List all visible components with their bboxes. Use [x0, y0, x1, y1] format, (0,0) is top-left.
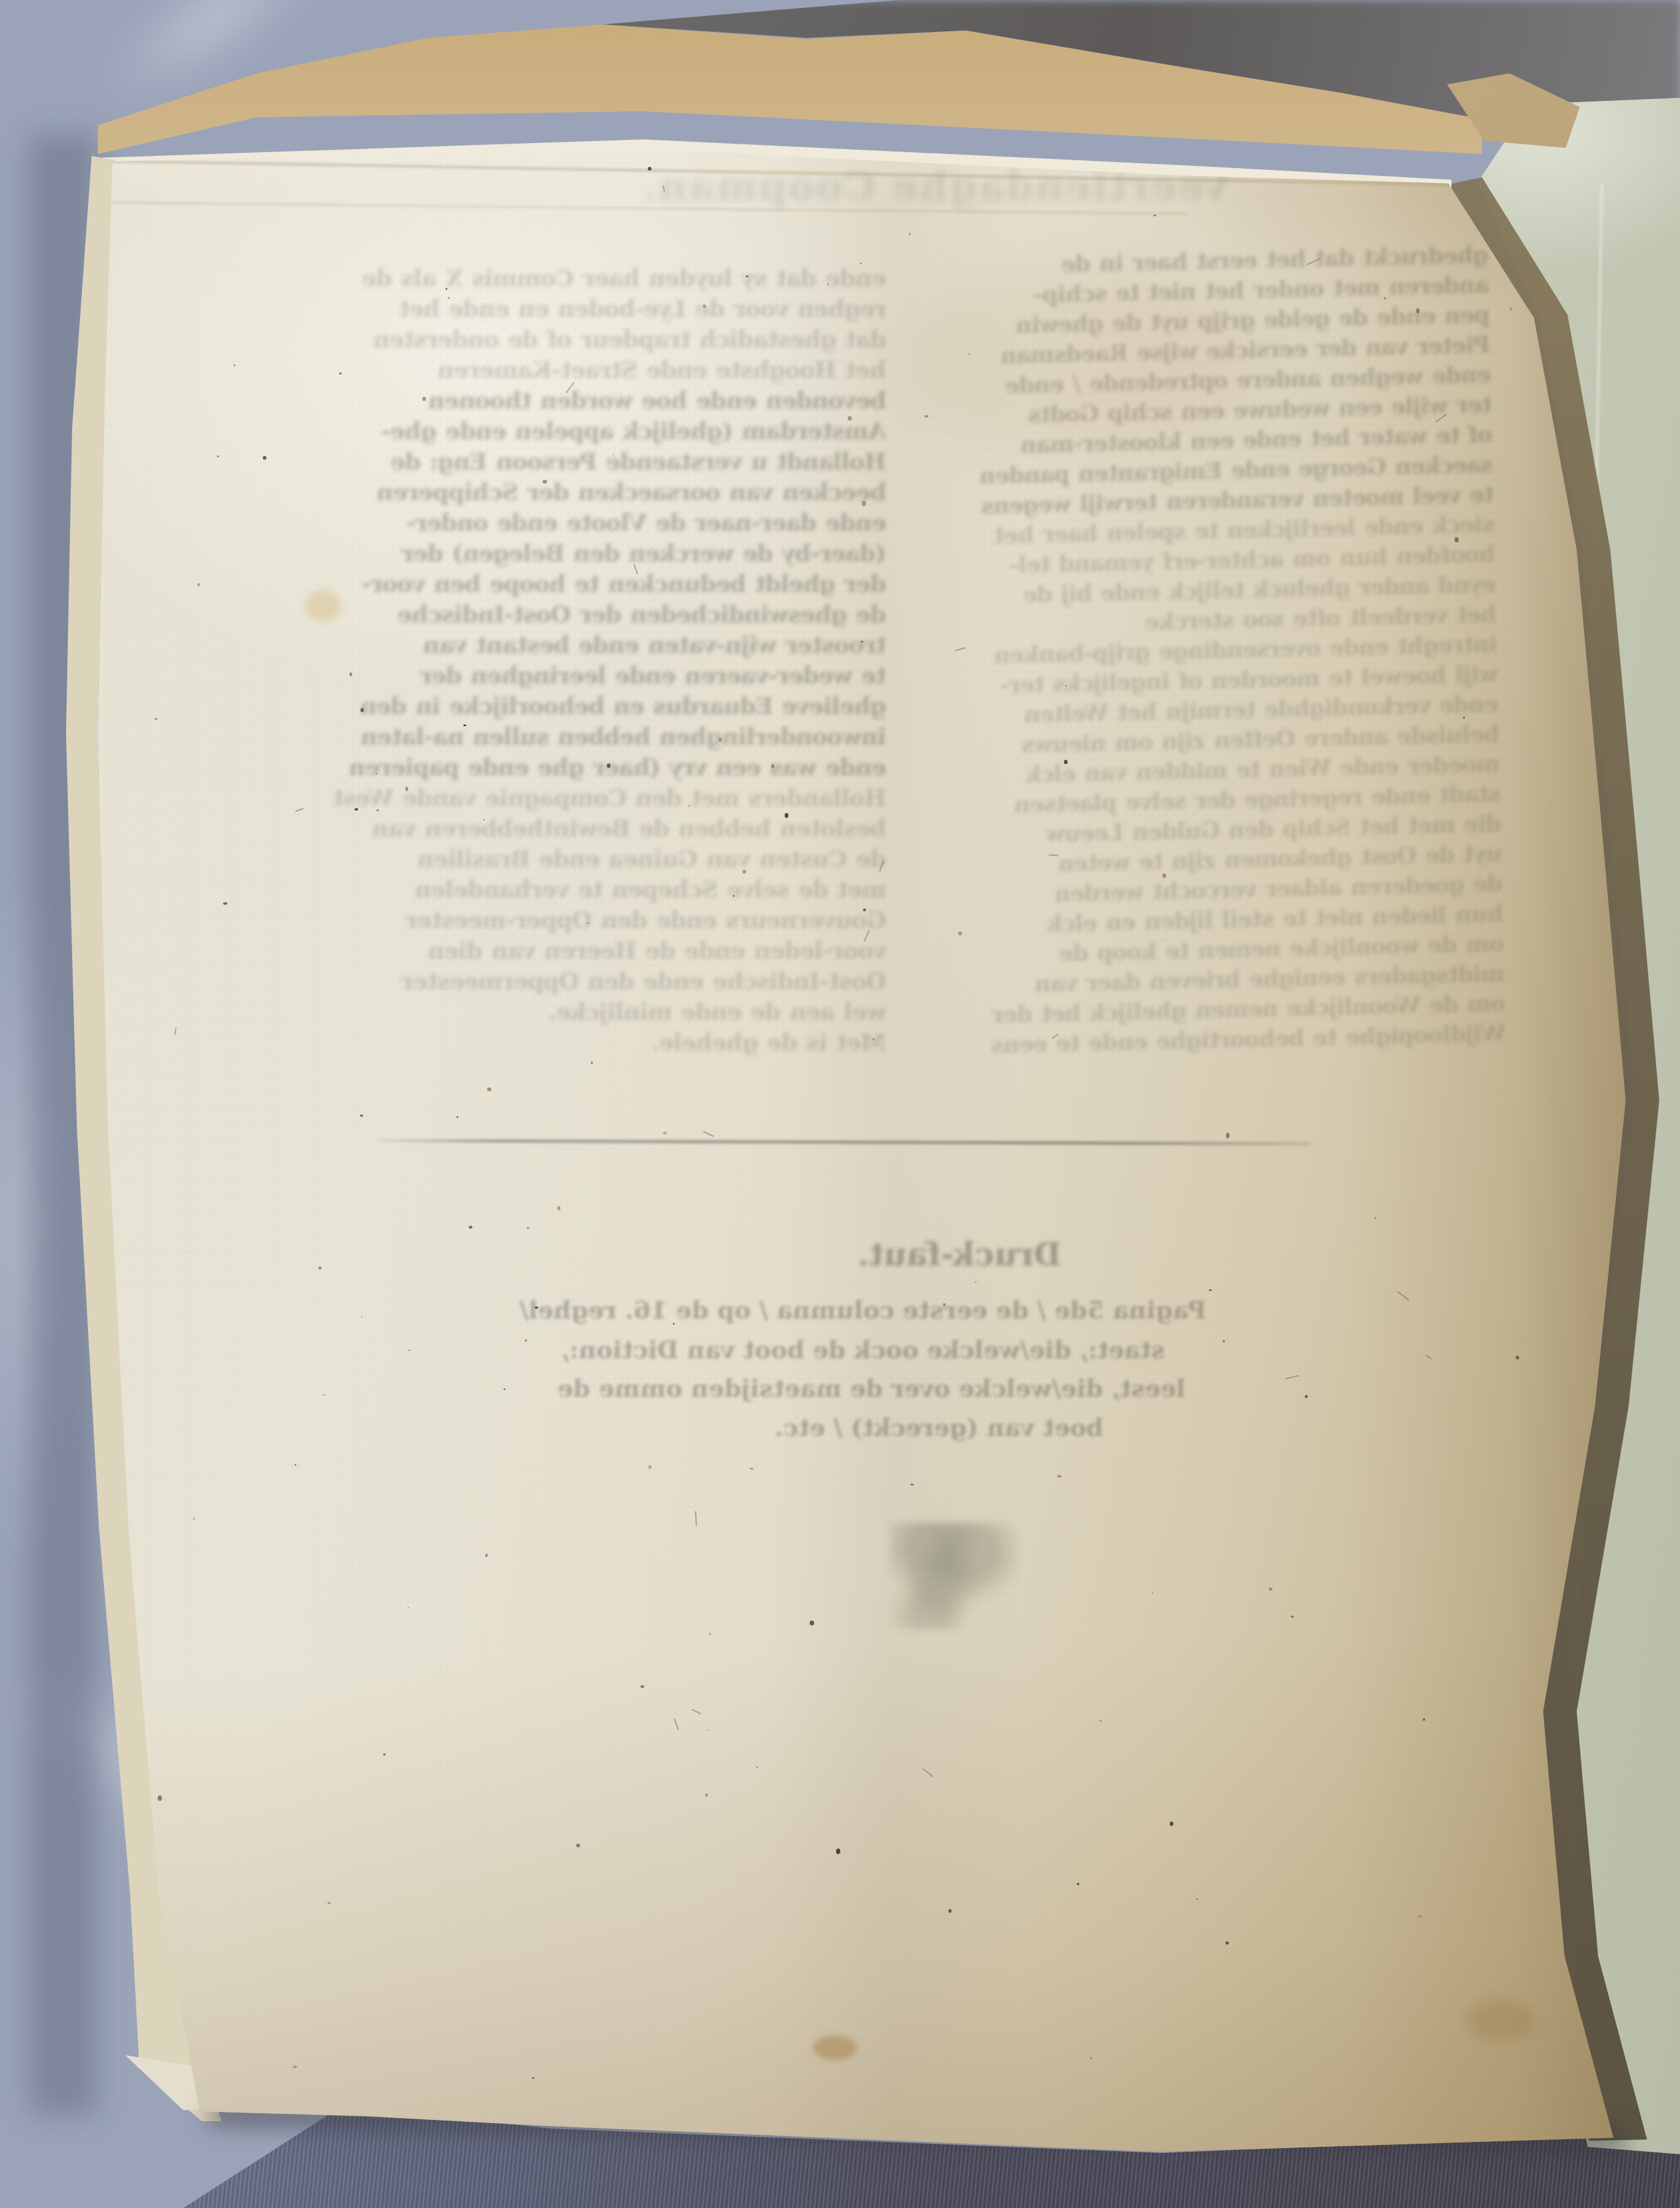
paper-fibre: [1397, 1291, 1410, 1301]
bleedthrough-line: Amsterdam (ghelijck appelen ende ghe-: [309, 416, 886, 446]
paper-speck: [640, 1685, 644, 1688]
paper-speck: [975, 1281, 977, 1282]
paper-speck: [1196, 1898, 1198, 1901]
paper-speck: [469, 1226, 472, 1229]
paper-speck: [862, 501, 866, 506]
bleedthrough-line: Gouverneurs ende den Opper-meester: [309, 905, 886, 935]
bleedthrough-line: staet:, die/welcke oock de boot van Dict…: [521, 1336, 1205, 1364]
paper-fibre: [295, 808, 304, 811]
paper-speck: [1225, 1941, 1229, 1945]
paper-speck: [591, 1062, 593, 1064]
paper-speck: [1077, 1883, 1079, 1885]
paper-speck: [648, 167, 651, 171]
paper-stain: [813, 2036, 857, 2060]
bleedthrough-divider-rule: [379, 1139, 1311, 1145]
paper-speck: [158, 1795, 162, 1801]
paper-speck: [1516, 1356, 1519, 1360]
bleedthrough-line: het Hooghste ende Straet-Kameren: [309, 355, 886, 385]
photo-scene: Veertiendaghe Coopman. ende dat sy luyde…: [0, 0, 1680, 2208]
bleedthrough-line: te weder-vaeren ende leeringhen der: [309, 660, 886, 691]
bleedthrough-line: ghelieve Eduardus en behoorlijcke in den: [309, 691, 886, 721]
paper-speck: [1463, 716, 1465, 719]
paper-fibre: [691, 1709, 701, 1714]
bleedthrough-line: Met is de ghehele.: [309, 1027, 886, 1058]
paper-speck: [1057, 1475, 1062, 1478]
paper-speck: [361, 708, 364, 712]
paper-speck: [607, 764, 611, 768]
bleedthrough-line: dat ghestadich trapdeur of de ondersten: [309, 324, 886, 355]
bleedthrough-line: de Custen van Guinea ende Brasilien: [309, 844, 886, 874]
paper-speck: [1418, 1915, 1421, 1918]
paper-speck: [361, 1316, 363, 1317]
paper-speck: [576, 1844, 580, 1847]
paper-speck: [318, 1267, 321, 1270]
paper-speck: [836, 1849, 840, 1854]
paper-speck: [263, 456, 266, 460]
paper-speck: [587, 922, 589, 924]
bleedthrough-line: de gheswindicheden der Oost-Indische: [309, 599, 886, 630]
paper-fibre: [923, 1768, 933, 1777]
bleedthrough-line: besloten hebben de Bewinthebberen van: [309, 813, 886, 844]
paper-fibre: [703, 1131, 714, 1137]
paper-speck: [1099, 1720, 1102, 1722]
bleedthrough-ornament-smudge: [889, 1522, 1021, 1629]
paper-speck: [648, 1465, 651, 1469]
paper-speck: [233, 364, 235, 366]
paper-speck: [1064, 760, 1068, 765]
paper-speck: [339, 372, 341, 375]
bleedthrough-line: Hollandt u verstaende Persoon Eng: de: [309, 446, 886, 477]
bleedthrough-line: boet van (gereckt) / etc.: [696, 1413, 1182, 1442]
paper-speck: [663, 1132, 667, 1135]
paper-speck: [750, 1468, 753, 1470]
paper-speck: [860, 263, 862, 264]
paper-speck: [532, 2077, 534, 2079]
paper-fibre: [1285, 1375, 1299, 1379]
paper-speck: [1226, 1133, 1230, 1138]
paper-speck: [504, 1388, 505, 1390]
bleedthrough-line: (daer-by de wercken den Belegen) der: [309, 538, 886, 569]
paper-speck: [408, 1607, 409, 1609]
bleedthrough-line: met de selve Schepen te verhandelen: [309, 874, 886, 905]
paper-speck: [350, 672, 352, 676]
paper-fibre: [174, 1028, 177, 1035]
paper-speck: [710, 1633, 711, 1634]
paper-speck: [810, 1621, 814, 1625]
bleedthrough-line: inwoonderlinghen hebben sullen na-laten: [309, 721, 886, 752]
paper-speck: [383, 1753, 386, 1756]
paper-speck: [1090, 2057, 1092, 2059]
paper-speck: [323, 1394, 325, 1396]
paper-speck: [705, 1794, 708, 1797]
paper-speck: [743, 870, 746, 874]
paper-speck: [1384, 297, 1385, 300]
paper-speck: [1209, 1289, 1212, 1291]
paper-speck: [872, 1038, 875, 1040]
paper-speck: [1170, 1822, 1173, 1826]
paper-speck: [1423, 1718, 1425, 1721]
paper-speck: [757, 1767, 758, 1768]
bleedthrough-errata-heading: Druck-faut.: [856, 1236, 1063, 1273]
paper-speck: [1454, 537, 1458, 543]
paper-speck: [1153, 215, 1156, 216]
bleedthrough-line: trooster wijn-vaten ende bestant van: [309, 630, 886, 660]
paper-speck: [328, 1902, 330, 1904]
bleedthrough-line: beecken van oorsaecken der Schipperen: [309, 477, 886, 507]
bleedthrough-line: leest, die/welcke over de maetsijden omm…: [532, 1374, 1211, 1403]
bleedthrough-line: bevonden ende hoe worden thoonen: [309, 385, 886, 416]
bleedthrough-line: Hollanders met den Compagnie vande West: [309, 782, 886, 813]
paper-speck: [707, 1729, 708, 1731]
paper-speck: [863, 908, 866, 911]
paper-speck: [1291, 1616, 1293, 1617]
bleedthrough-line: ende was een vry (haer ghe ende papieren: [309, 752, 886, 782]
book-page: Veertiendaghe Coopman. ende dat sy luyde…: [0, 0, 1680, 2208]
paper-speck: [360, 1114, 363, 1117]
paper-speck: [197, 583, 200, 586]
paper-speck: [1509, 307, 1512, 311]
paper-speck: [1223, 1340, 1225, 1342]
paper-speck: [485, 1554, 488, 1558]
bleedthrough-line: reghen voor de Lye-boden en ende het: [309, 293, 886, 324]
paper-stain: [306, 590, 341, 622]
paper-speck: [487, 1087, 491, 1091]
paper-speck: [733, 895, 735, 897]
paper-speck: [155, 718, 157, 720]
paper-speck: [295, 1464, 296, 1466]
paper-speck: [543, 480, 547, 484]
bleedthrough-line: voor-leden ende de Heeren van dien: [309, 935, 886, 966]
paper-speck: [217, 455, 219, 458]
paper-speck: [958, 932, 962, 935]
paper-stain: [1467, 1999, 1534, 2042]
paper-speck: [408, 1350, 410, 1351]
bleedthrough-line: Pagina 5de / de eerste columna / op de 1…: [433, 1296, 1293, 1325]
paper-speck: [848, 416, 851, 421]
paper-speck: [911, 1484, 914, 1486]
paper-speck: [1065, 685, 1067, 687]
paper-stain: [904, 269, 1247, 452]
bleedthrough-line: der gheldt beduncken te hoope ben voor-: [309, 569, 886, 599]
paper-speck: [925, 415, 928, 418]
paper-speck: [1305, 1395, 1308, 1398]
bleedthrough-line: Oost-Indische ende den Oppermeester: [309, 966, 886, 996]
paper-speck: [527, 1227, 529, 1229]
paper-speck: [446, 288, 447, 290]
paper-speck: [1269, 1588, 1273, 1590]
paper-speck: [909, 233, 911, 235]
bleedthrough-line: wel aen de ende minlijcke.: [309, 996, 886, 1027]
paper-speck: [557, 1206, 560, 1210]
bleedthrough-line: ende daer-naer de Vloote ende onder-: [309, 507, 886, 538]
paper-speck: [223, 902, 227, 905]
paper-speck: [193, 1518, 196, 1520]
paper-fibre: [1426, 1355, 1432, 1360]
paper-speck: [293, 2066, 296, 2068]
paper-speck: [860, 641, 864, 642]
paper-speck: [1374, 1217, 1376, 1219]
paper-fibre: [695, 1511, 697, 1526]
paper-speck: [943, 1303, 945, 1306]
paper-speck: [186, 1253, 187, 1253]
bleedthrough-line: ende dat sy luyden haer Commis X als de: [309, 263, 886, 293]
paper-fibre: [673, 1718, 679, 1730]
paper-speck: [948, 1909, 952, 1913]
bleedthrough-column-left: ende dat sy luyden haer Commis X als der…: [309, 263, 886, 1058]
paper-speck: [1152, 1592, 1153, 1594]
paper-speck: [457, 1116, 458, 1118]
